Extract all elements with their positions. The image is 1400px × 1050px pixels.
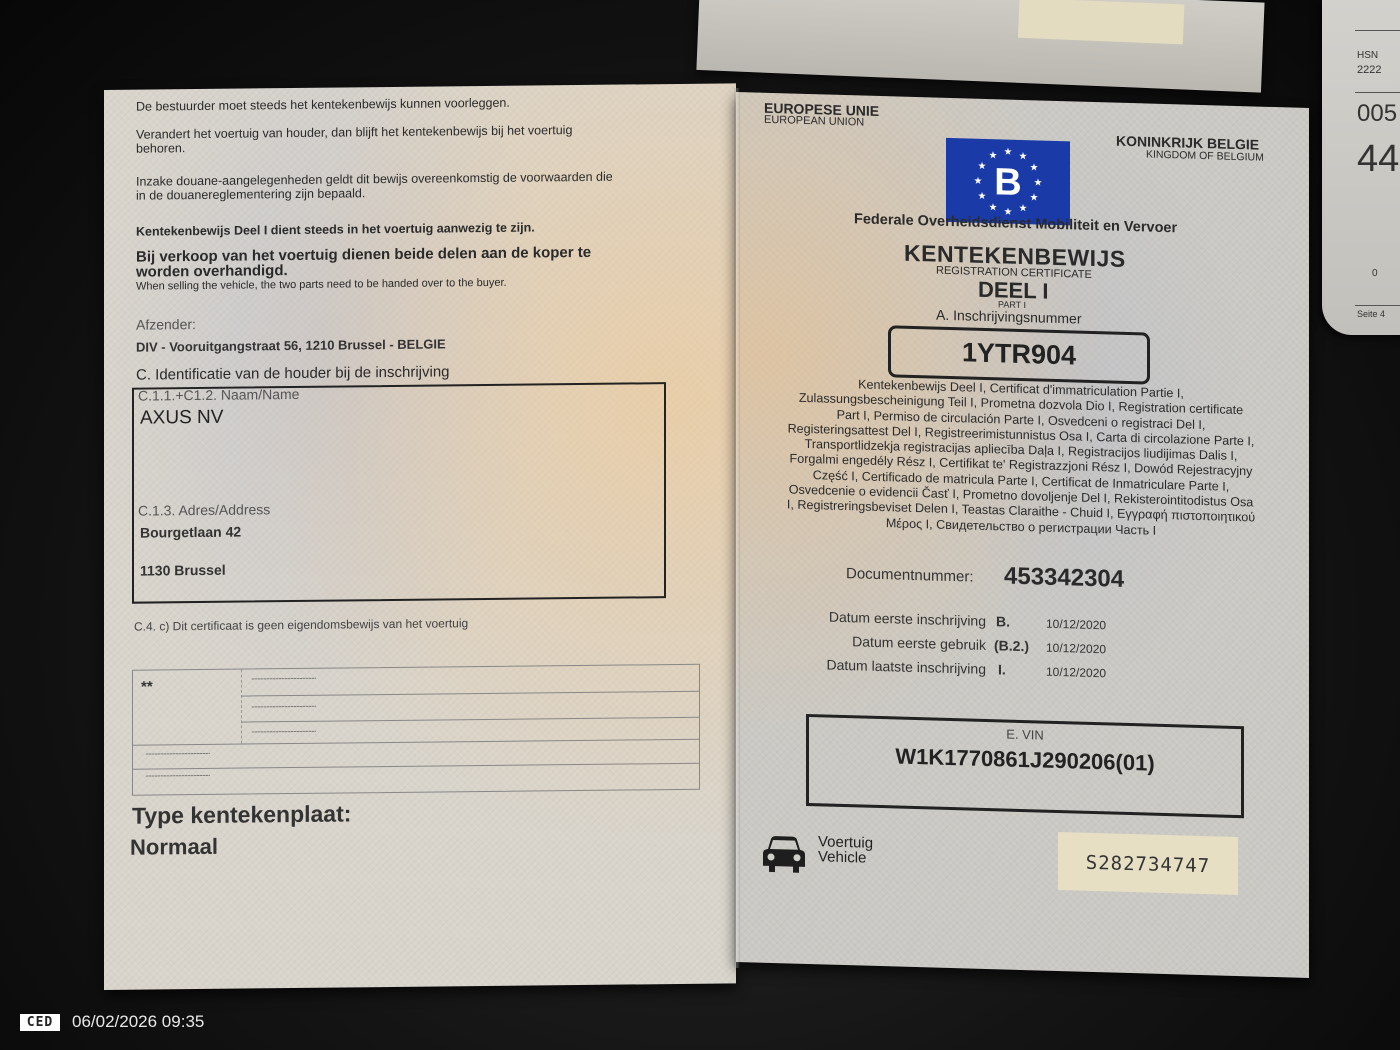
vin-value: W1K1770861J290206(01)	[809, 741, 1241, 779]
side-card-value-1: 005	[1357, 100, 1397, 128]
date-value: 10/12/2020	[1046, 641, 1106, 657]
plate-type-label: Type kentekenplaat:	[132, 800, 351, 829]
document-number-label: Documentnummer:	[846, 565, 974, 586]
car-icon	[762, 835, 806, 876]
vin-box: E. VIN W1K1770861J290206(01)	[806, 714, 1244, 818]
holder-name: AXUS NV	[140, 407, 223, 430]
date-row-last-registration: Datum laatste inschrijving I. 10/12/2020	[736, 654, 1136, 665]
background-paper-top	[696, 0, 1264, 93]
hsn-value: 2222	[1357, 64, 1381, 76]
registration-certificate: De bestuurder moet steeds het kentekenbe…	[104, 80, 1309, 980]
grid-divider	[241, 670, 242, 744]
grid-line	[133, 739, 699, 746]
grid-dots: ........................................…	[251, 699, 316, 710]
date-value: 10/12/2020	[1046, 617, 1106, 633]
date-value: 10/12/2020	[1046, 665, 1106, 681]
divider	[1355, 305, 1400, 306]
instruction-text: De bestuurder moet steeds het kentekenbe…	[136, 96, 510, 114]
vehicle-notice: Kentekenbewijs Deel I dient steeds in he…	[136, 220, 535, 238]
camera-watermark: CED 06/02/2026 09:35	[20, 1012, 204, 1032]
watermark-logo: CED	[20, 1014, 60, 1031]
date-row-first-registration: Datum eerste inschrijving B. 10/12/2020	[736, 606, 1136, 617]
grid-dots: ........................................…	[145, 746, 210, 757]
holder-box: C.1.1.+C1.2. Naam/Name AXUS NV C.1.3. Ad…	[132, 382, 666, 604]
svg-text:B: B	[994, 161, 1021, 204]
grid-line	[241, 717, 699, 723]
holder-city: 1130 Brussel	[140, 562, 226, 579]
grid-line	[241, 691, 699, 697]
fold-crease	[734, 88, 740, 968]
date-code: B.	[996, 613, 1010, 629]
date-label: Datum eerste gebruik	[852, 633, 986, 653]
date-code: I.	[998, 661, 1006, 677]
hsn-label: HSN	[1357, 50, 1378, 61]
holder-address-label: C.1.3. Adres/Address	[138, 501, 270, 518]
divider	[1355, 30, 1400, 31]
divider	[1355, 92, 1400, 93]
date-label: Datum eerste inschrijving	[829, 609, 986, 629]
watermark-timestamp: 06/02/2026 09:35	[72, 1012, 204, 1032]
eu-label-en: EUROPEAN UNION	[764, 115, 864, 129]
customs-text: Inzake douane-aangelegenheden geldt dit …	[136, 170, 613, 203]
left-panel: De bestuurder moet steeds het kentekenbe…	[104, 83, 736, 990]
sale-notice: Bij verkoop van het voertuig dienen beid…	[136, 245, 591, 280]
registration-number-box: 1YTR904	[888, 325, 1150, 384]
grid-marker: **	[141, 678, 153, 695]
side-card-value-2: 44	[1357, 138, 1399, 181]
page-label: Seite 4	[1357, 309, 1385, 319]
sale-notice-en: When selling the vehicle, the two parts …	[136, 277, 507, 293]
date-code: (B.2.)	[994, 637, 1029, 654]
eu-flag-icon: B	[946, 138, 1070, 225]
grid-dots: ........................................…	[251, 671, 316, 682]
registration-label: A. Inschrijvingsnummer	[936, 307, 1082, 327]
sender-label: Afzender:	[136, 316, 196, 333]
grid-dots: ........................................…	[251, 724, 316, 735]
grid-dots: ........................................…	[145, 768, 210, 779]
date-row-first-use: Datum eerste gebruik (B.2.) 10/12/2020	[736, 630, 1136, 641]
sender-value: DIV - Vooruitgangstraat 56, 1210 Brussel…	[136, 336, 446, 354]
ownership-note: C.4. c) Dit certificaat is geen eigendom…	[134, 616, 468, 633]
multilingual-title-text: Kentekenbewijs Deel I, Certificat d'imma…	[786, 375, 1256, 541]
holder-heading: C. Identificatie van de houder bij de in…	[136, 363, 450, 383]
annotation-grid: ** .....................................…	[132, 664, 700, 796]
serial-number: S282734747	[1058, 851, 1238, 878]
authority-name: Federale Overheidsdienst Mobiliteit en V…	[854, 211, 1177, 236]
document-number: 453342304	[1004, 562, 1124, 593]
serial-number-sticker: S282734747	[1058, 832, 1238, 895]
registration-number: 1YTR904	[891, 335, 1147, 373]
holder-name-label: C.1.1.+C1.2. Naam/Name	[138, 386, 299, 404]
instruction-text: Verandert het voertuig van houder, dan b…	[136, 123, 572, 156]
vehicle-label-en: Vehicle	[818, 849, 866, 865]
kingdom-label-en: KINGDOM OF BELGIUM	[1146, 148, 1264, 163]
eu-stars-icon: B	[946, 138, 1070, 225]
date-label: Datum laatste inschrijving	[826, 657, 986, 677]
background-side-card: HSN 2222 005 44 0 Seite 4	[1322, 0, 1400, 335]
side-card-value-3: 0	[1372, 268, 1378, 279]
grid-line	[133, 763, 699, 770]
holder-street: Bourgetlaan 42	[140, 524, 241, 541]
right-panel: EUROPESE UNIE EUROPEAN UNION KONINKRIJK …	[736, 92, 1309, 978]
background-sticker	[1018, 0, 1184, 44]
plate-type-value: Normaal	[130, 834, 218, 861]
